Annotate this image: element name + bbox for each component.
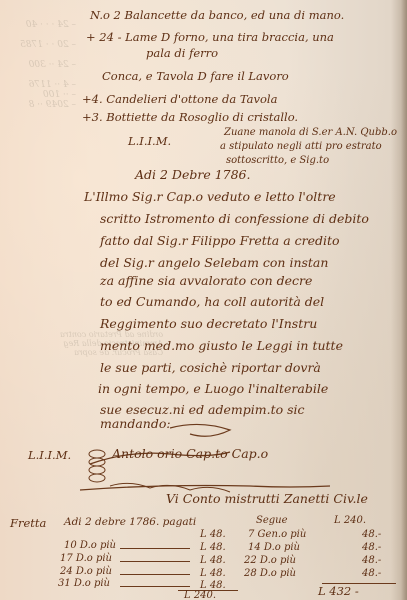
decree-line: to ed Cumando, ha coll autorità del xyxy=(100,296,324,309)
decree-line: fatto dal Sig.r Filippo Fretta a credito xyxy=(100,235,340,248)
decree-line: Reggimento suo decretato l'Instru xyxy=(100,318,317,331)
ledger-dash xyxy=(120,574,190,575)
account-right-amount: 48.- xyxy=(362,543,381,553)
account-left-amount: L 48. xyxy=(200,556,226,566)
decree-line: scritto Istromento di confessione di deb… xyxy=(100,213,369,226)
decree-line: L'Illmo Sig.r Cap.o veduto e letto l'olt… xyxy=(84,191,336,204)
decree-line: le sue parti, cosichè riportar dovrà xyxy=(100,362,321,375)
inventory-line: N.o 2 Balancette da banco, ed una di man… xyxy=(90,10,344,22)
decree-line: del Sig.r angelo Selebam con instan xyxy=(100,257,328,270)
account-left-amount: L 48. xyxy=(200,543,226,553)
account-right-amount: 48.- xyxy=(362,556,381,566)
decree-line: mento med.mo giusto le Leggi in tutte xyxy=(100,340,343,353)
inventory-line: + 24 - Lame D forno, una tira braccia, u… xyxy=(86,32,334,44)
inventory-line: +3. Bottiette da Rosoglio di cristallo. xyxy=(82,112,298,124)
account-left-total: L 240. xyxy=(184,591,216,600)
attestation-line: a stipulato negli atti pro estrato xyxy=(220,142,382,152)
ledger-dash xyxy=(120,586,190,587)
inventory-line: pala di ferro xyxy=(146,48,218,60)
account-margin-name: Fretta xyxy=(10,518,46,530)
account-right-date: 22 D.o più xyxy=(244,556,296,566)
account-left-date: 17 D.o più xyxy=(60,554,112,564)
attestation-line: Zuane manola di S.er A.N. Qubb.o xyxy=(224,128,397,138)
manuscript-page: – 24 · · · 40– 20 · · 1785– 24 ·· 300– 4… xyxy=(0,0,407,600)
date-line: Adi 2 Debre 1786. xyxy=(135,169,250,182)
decree-line: za affine sia avvalorato con decre xyxy=(100,275,312,288)
decree-line: sue esecuz.ni ed adempim.to sic xyxy=(100,404,305,417)
account-left-date: Adi 2 debre 1786. pagati xyxy=(64,517,196,528)
attestation-initials: L.I.I.M. xyxy=(128,136,171,148)
bleed-through-text: – 24 · · · 40– 20 · · 1785– 24 ·· 300– 4… xyxy=(20,20,76,110)
ledger-dash xyxy=(120,561,190,562)
decree-line: in ogni tempo, e Luogo l'inalterabile xyxy=(98,383,328,396)
account-right-date: 14 D.o più xyxy=(248,543,300,553)
account-right-amount: L 240. xyxy=(334,516,366,526)
account-left-amount: L 48. xyxy=(200,530,226,540)
signature-name: Antolo orio Cap.to Cap.o xyxy=(112,448,268,461)
account-right-amount: 48.- xyxy=(362,530,381,540)
account-right-amount: 48.- xyxy=(362,569,381,579)
ledger-dash xyxy=(120,548,190,549)
account-heading: Vi Conto mistrutti Zanetti Civ.le xyxy=(166,493,368,506)
account-left-amount: L 48. xyxy=(200,569,226,579)
inventory-line: Conca, e Tavola D fare il Lavoro xyxy=(102,71,289,83)
account-left-date: 31 D.o più xyxy=(58,579,110,589)
account-right-date: Segue xyxy=(256,516,288,526)
account-right-total: L 432 - xyxy=(318,586,359,598)
inventory-line: +4. Candelieri d'ottone da Tavola xyxy=(82,94,277,106)
account-left-date: 10 D.o più xyxy=(64,541,116,551)
account-right-date: 7 Gen.o più xyxy=(248,530,306,540)
account-right-date: 28 D.o più xyxy=(244,569,296,579)
account-left-date: 24 D.o più xyxy=(60,567,112,577)
attestation-line: sottoscritto, e Sig.to xyxy=(226,156,329,166)
signature-initials: L.I.I.M. xyxy=(28,450,71,462)
page-fold-edge xyxy=(401,0,407,600)
